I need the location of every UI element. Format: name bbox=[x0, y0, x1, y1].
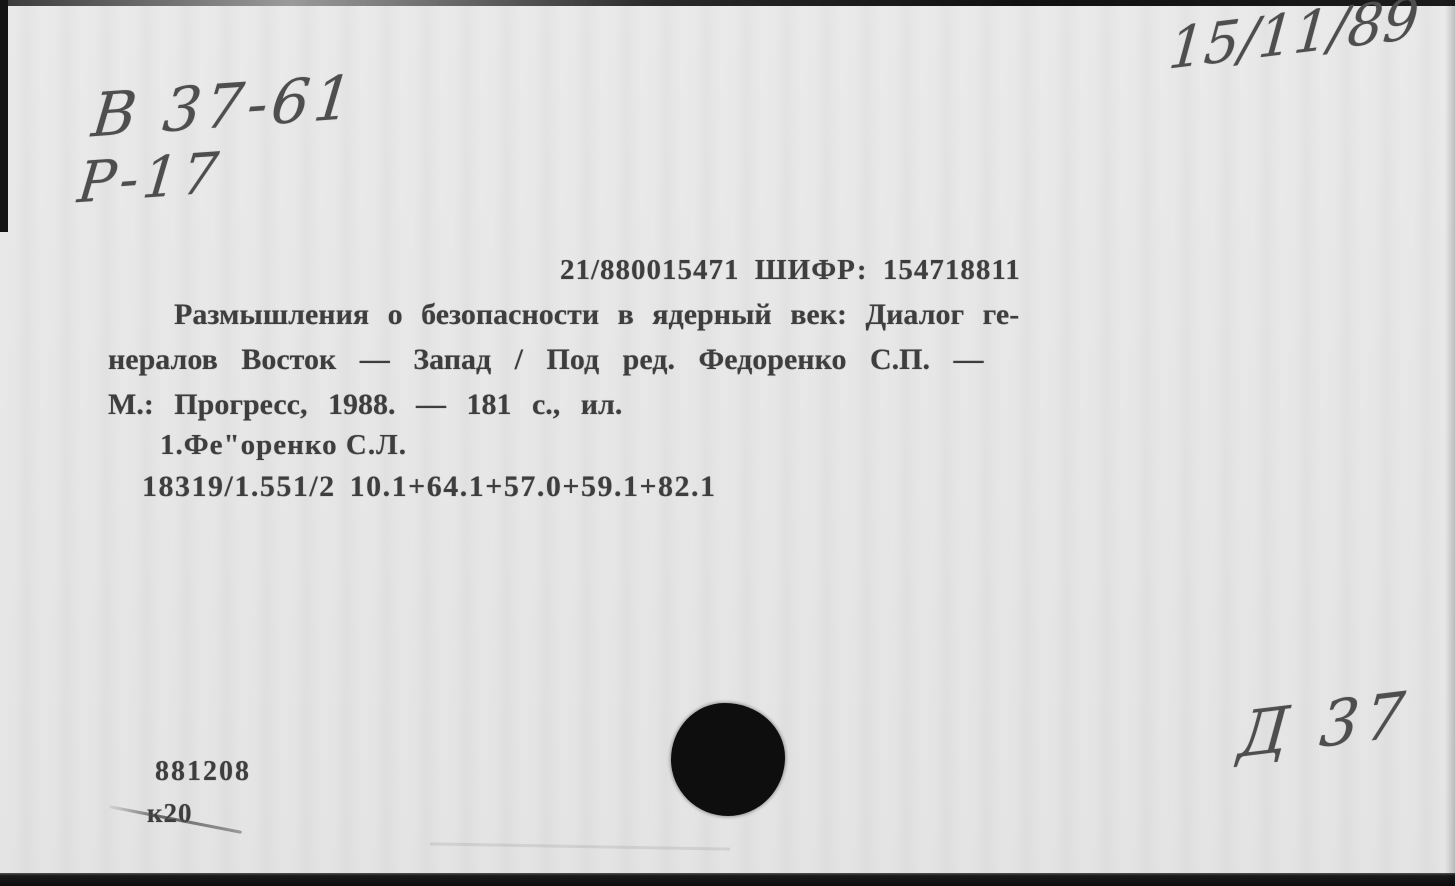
control-number-and-shifr-line: 21/880015471 ШИФР: 154718811 bbox=[560, 254, 1021, 287]
scan-edge-right bbox=[1445, 0, 1455, 886]
handwritten-date-note: 15/11/89 bbox=[1166, 0, 1421, 83]
catalog-card-scan: 15/11/89 В 37-61 Р-17 21/880015471 ШИФР:… bbox=[0, 0, 1455, 886]
hole-punch bbox=[671, 703, 785, 816]
accession-number: 881208 bbox=[155, 756, 251, 788]
handwritten-call-number-bottom-right: Д 37 bbox=[1235, 677, 1413, 772]
added-entry-line: 1.Фе"оренко С.Л. bbox=[160, 429, 407, 462]
classification-line: 18319/1.551/2 10.1+64.1+57.0+59.1+82.1 bbox=[142, 470, 717, 504]
handwritten-call-number-secondary: Р-17 bbox=[75, 141, 225, 217]
title-line-2: нералов Восток — Запад / Под ред. Федоре… bbox=[108, 343, 983, 377]
scan-edge-bottom bbox=[0, 873, 1455, 886]
scan-edge-top bbox=[0, 0, 1455, 6]
scan-smudge bbox=[430, 842, 730, 850]
scan-edge-left bbox=[0, 0, 8, 232]
title-line-1: Размышления о безопасности в ядерный век… bbox=[174, 298, 1019, 332]
imprint-line: М.: Прогресс, 1988. — 181 с., ил. bbox=[108, 388, 622, 422]
handwritten-call-number-top: В 37-61 bbox=[89, 62, 360, 151]
